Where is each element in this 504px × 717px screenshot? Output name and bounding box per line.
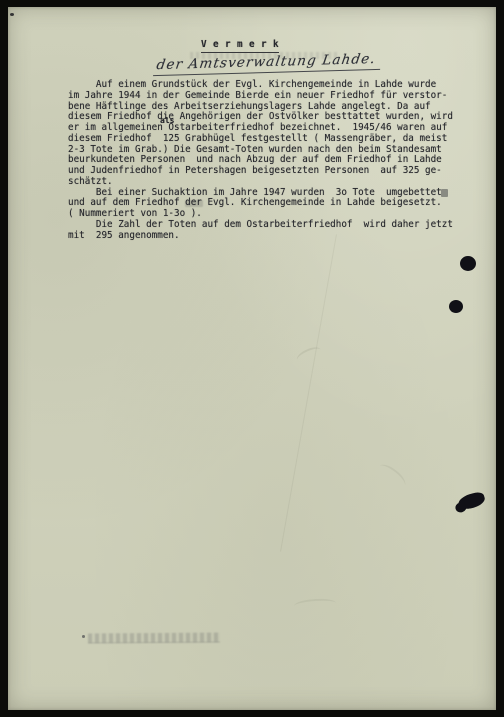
- ink-dot: [460, 256, 476, 271]
- document-page: V e r m e r k der Amtsverwaltung Lahde. …: [8, 7, 496, 710]
- scan-frame: V e r m e r k der Amtsverwaltung Lahde. …: [0, 0, 504, 717]
- ink-blob: [457, 490, 487, 511]
- pencil-scratch-line: [280, 234, 337, 551]
- pencil-scribble: [294, 598, 337, 612]
- overstrike-mark: [441, 189, 448, 197]
- typed-line: diesem Friedhof 125 Grabhügel festgestel…: [68, 134, 468, 145]
- document-title: V e r m e r k: [201, 39, 279, 53]
- pencil-scribble: [295, 344, 324, 366]
- document-subtitle-handwritten: der Amtsverwaltung Lahde.: [153, 50, 383, 76]
- typed-body: Auf einem Grundstück der Evgl. Kirchenge…: [68, 80, 468, 241]
- paper-speck: [10, 13, 14, 16]
- pencil-note-smudge: [88, 633, 220, 644]
- ink-dot: [449, 300, 463, 313]
- typed-insertion-word: als: [160, 117, 174, 125]
- overstrike-mark: [185, 200, 203, 207]
- pencil-dot: [82, 635, 85, 638]
- typed-line: schätzt.: [68, 177, 468, 188]
- typed-line: mit 295 angenommen.: [68, 231, 468, 242]
- typed-line: im Jahre 1944 in der Gemeinde Bierde ein…: [68, 91, 468, 102]
- typed-line: und Judenfriedhof in Petershagen beigese…: [68, 166, 468, 177]
- pencil-scribble: [375, 461, 409, 492]
- typed-line: Die Zahl der Toten auf dem Ostarbeiterfr…: [68, 220, 468, 231]
